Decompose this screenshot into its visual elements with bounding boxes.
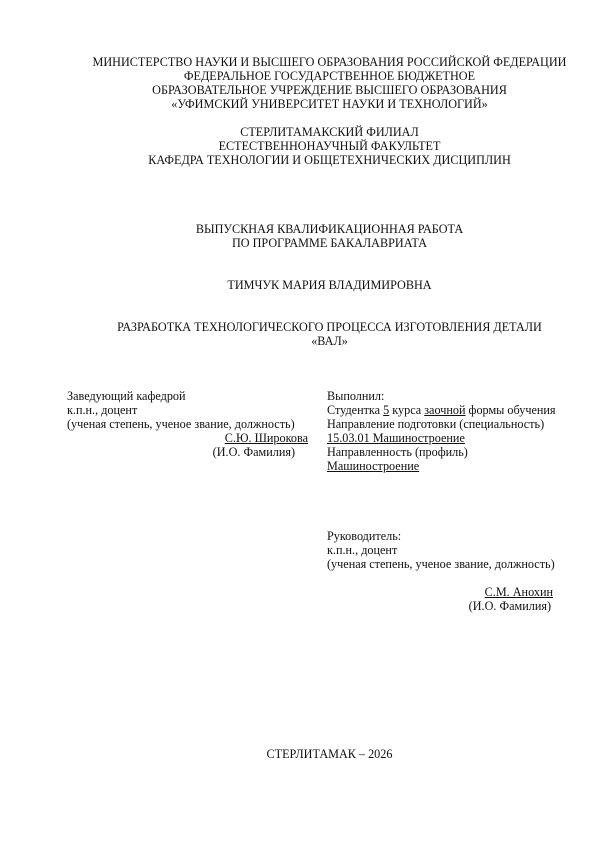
student-title: Выполнил: — [327, 389, 556, 403]
direction-label: Направление подготовки (специальность) — [327, 417, 556, 431]
student-course-line: Студентка 5 курса заочной формы обучения — [327, 403, 556, 417]
footer-city-year: СТЕРЛИТАМАК – 2026 — [0, 747, 595, 761]
program-line: ПО ПРОГРАММЕ БАКАЛАВРИАТА — [0, 236, 595, 250]
head-degree: к.п.н., доцент — [67, 403, 295, 417]
student-block: Выполнил: Студентка 5 курса заочной форм… — [327, 389, 556, 473]
supervisor-signature-name: С.М. Анохин — [327, 585, 553, 599]
supervisor-block: Руководитель: к.п.н., доцент (ученая сте… — [327, 529, 555, 571]
study-form: заочной — [424, 403, 465, 417]
course-middle: курса — [389, 403, 424, 417]
university-name: «УФИМСКИЙ УНИВЕРСИТЕТ НАУКИ И ТЕХНОЛОГИЙ… — [0, 97, 595, 111]
topic-line: РАЗРАБОТКА ТЕХНОЛОГИЧЕСКОГО ПРОЦЕССА ИЗГ… — [0, 320, 595, 334]
supervisor-name-caption: (И.О. Фамилия) — [327, 599, 551, 613]
profile-value: Машиностроение — [327, 459, 419, 473]
university-header: МИНИСТЕРСТВО НАУКИ И ВЫСШЕГО ОБРАЗОВАНИЯ… — [0, 55, 595, 111]
thesis-topic: РАЗРАБОТКА ТЕХНОЛОГИЧЕСКОГО ПРОЦЕССА ИЗГ… — [0, 320, 595, 348]
direction-value: 15.03.01 Машиностроение — [327, 431, 465, 445]
work-type-line: ВЫПУСКНАЯ КВАЛИФИКАЦИОННАЯ РАБОТА — [0, 222, 595, 236]
faculty-name: ЕСТЕСТВЕННОНАУЧНЫЙ ФАКУЛЬТЕТ — [0, 139, 595, 153]
city-year-text: СТЕРЛИТАМАК – 2026 — [0, 747, 595, 761]
institution-type-line-2: ОБРАЗОВАТЕЛЬНОЕ УЧРЕЖДЕНИЕ ВЫСШЕГО ОБРАЗ… — [0, 83, 595, 97]
head-title: Заведующий кафедрой — [67, 389, 295, 403]
direction-value-line: 15.03.01 Машиностроение — [327, 431, 556, 445]
ministry-line: МИНИСТЕРСТВО НАУКИ И ВЫСШЕГО ОБРАЗОВАНИЯ… — [0, 55, 595, 69]
topic-detail-name: «ВАЛ» — [0, 334, 595, 348]
course-suffix: формы обучения — [466, 403, 556, 417]
branch-info: СТЕРЛИТАМАКСКИЙ ФИЛИАЛ ЕСТЕСТВЕННОНАУЧНЫ… — [0, 125, 595, 167]
institution-type-line: ФЕДЕРАЛЬНОЕ ГОСУДАРСТВЕННОЕ БЮДЖЕТНОЕ — [0, 69, 595, 83]
profile-value-line: Машиностроение — [327, 459, 556, 473]
supervisor-name: С.М. Анохин — [485, 585, 553, 599]
head-signature-name: С.Ю. Широкова — [67, 431, 308, 445]
student-full-name: ТИМЧУК МАРИЯ ВЛАДИМИРОВНА — [0, 278, 595, 292]
supervisor-title: Руководитель: — [327, 529, 555, 543]
head-of-department-block: Заведующий кафедрой к.п.н., доцент (учен… — [67, 389, 295, 431]
supervisor-degree-caption: (ученая степень, ученое звание, должност… — [327, 557, 555, 571]
head-name: С.Ю. Широкова — [225, 431, 308, 445]
profile-label: Направленность (профиль) — [327, 445, 556, 459]
course-prefix: Студентка — [327, 403, 383, 417]
student-name-text: ТИМЧУК МАРИЯ ВЛАДИМИРОВНА — [0, 278, 595, 292]
department-name: КАФЕДРА ТЕХНОЛОГИИ И ОБЩЕТЕХНИЧЕСКИХ ДИС… — [0, 153, 595, 167]
head-name-caption: (И.О. Фамилия) — [67, 445, 295, 459]
supervisor-degree: к.п.н., доцент — [327, 543, 555, 557]
head-degree-caption: (ученая степень, ученое звание, должност… — [67, 417, 295, 431]
work-type: ВЫПУСКНАЯ КВАЛИФИКАЦИОННАЯ РАБОТА ПО ПРО… — [0, 222, 595, 250]
branch-name: СТЕРЛИТАМАКСКИЙ ФИЛИАЛ — [0, 125, 595, 139]
